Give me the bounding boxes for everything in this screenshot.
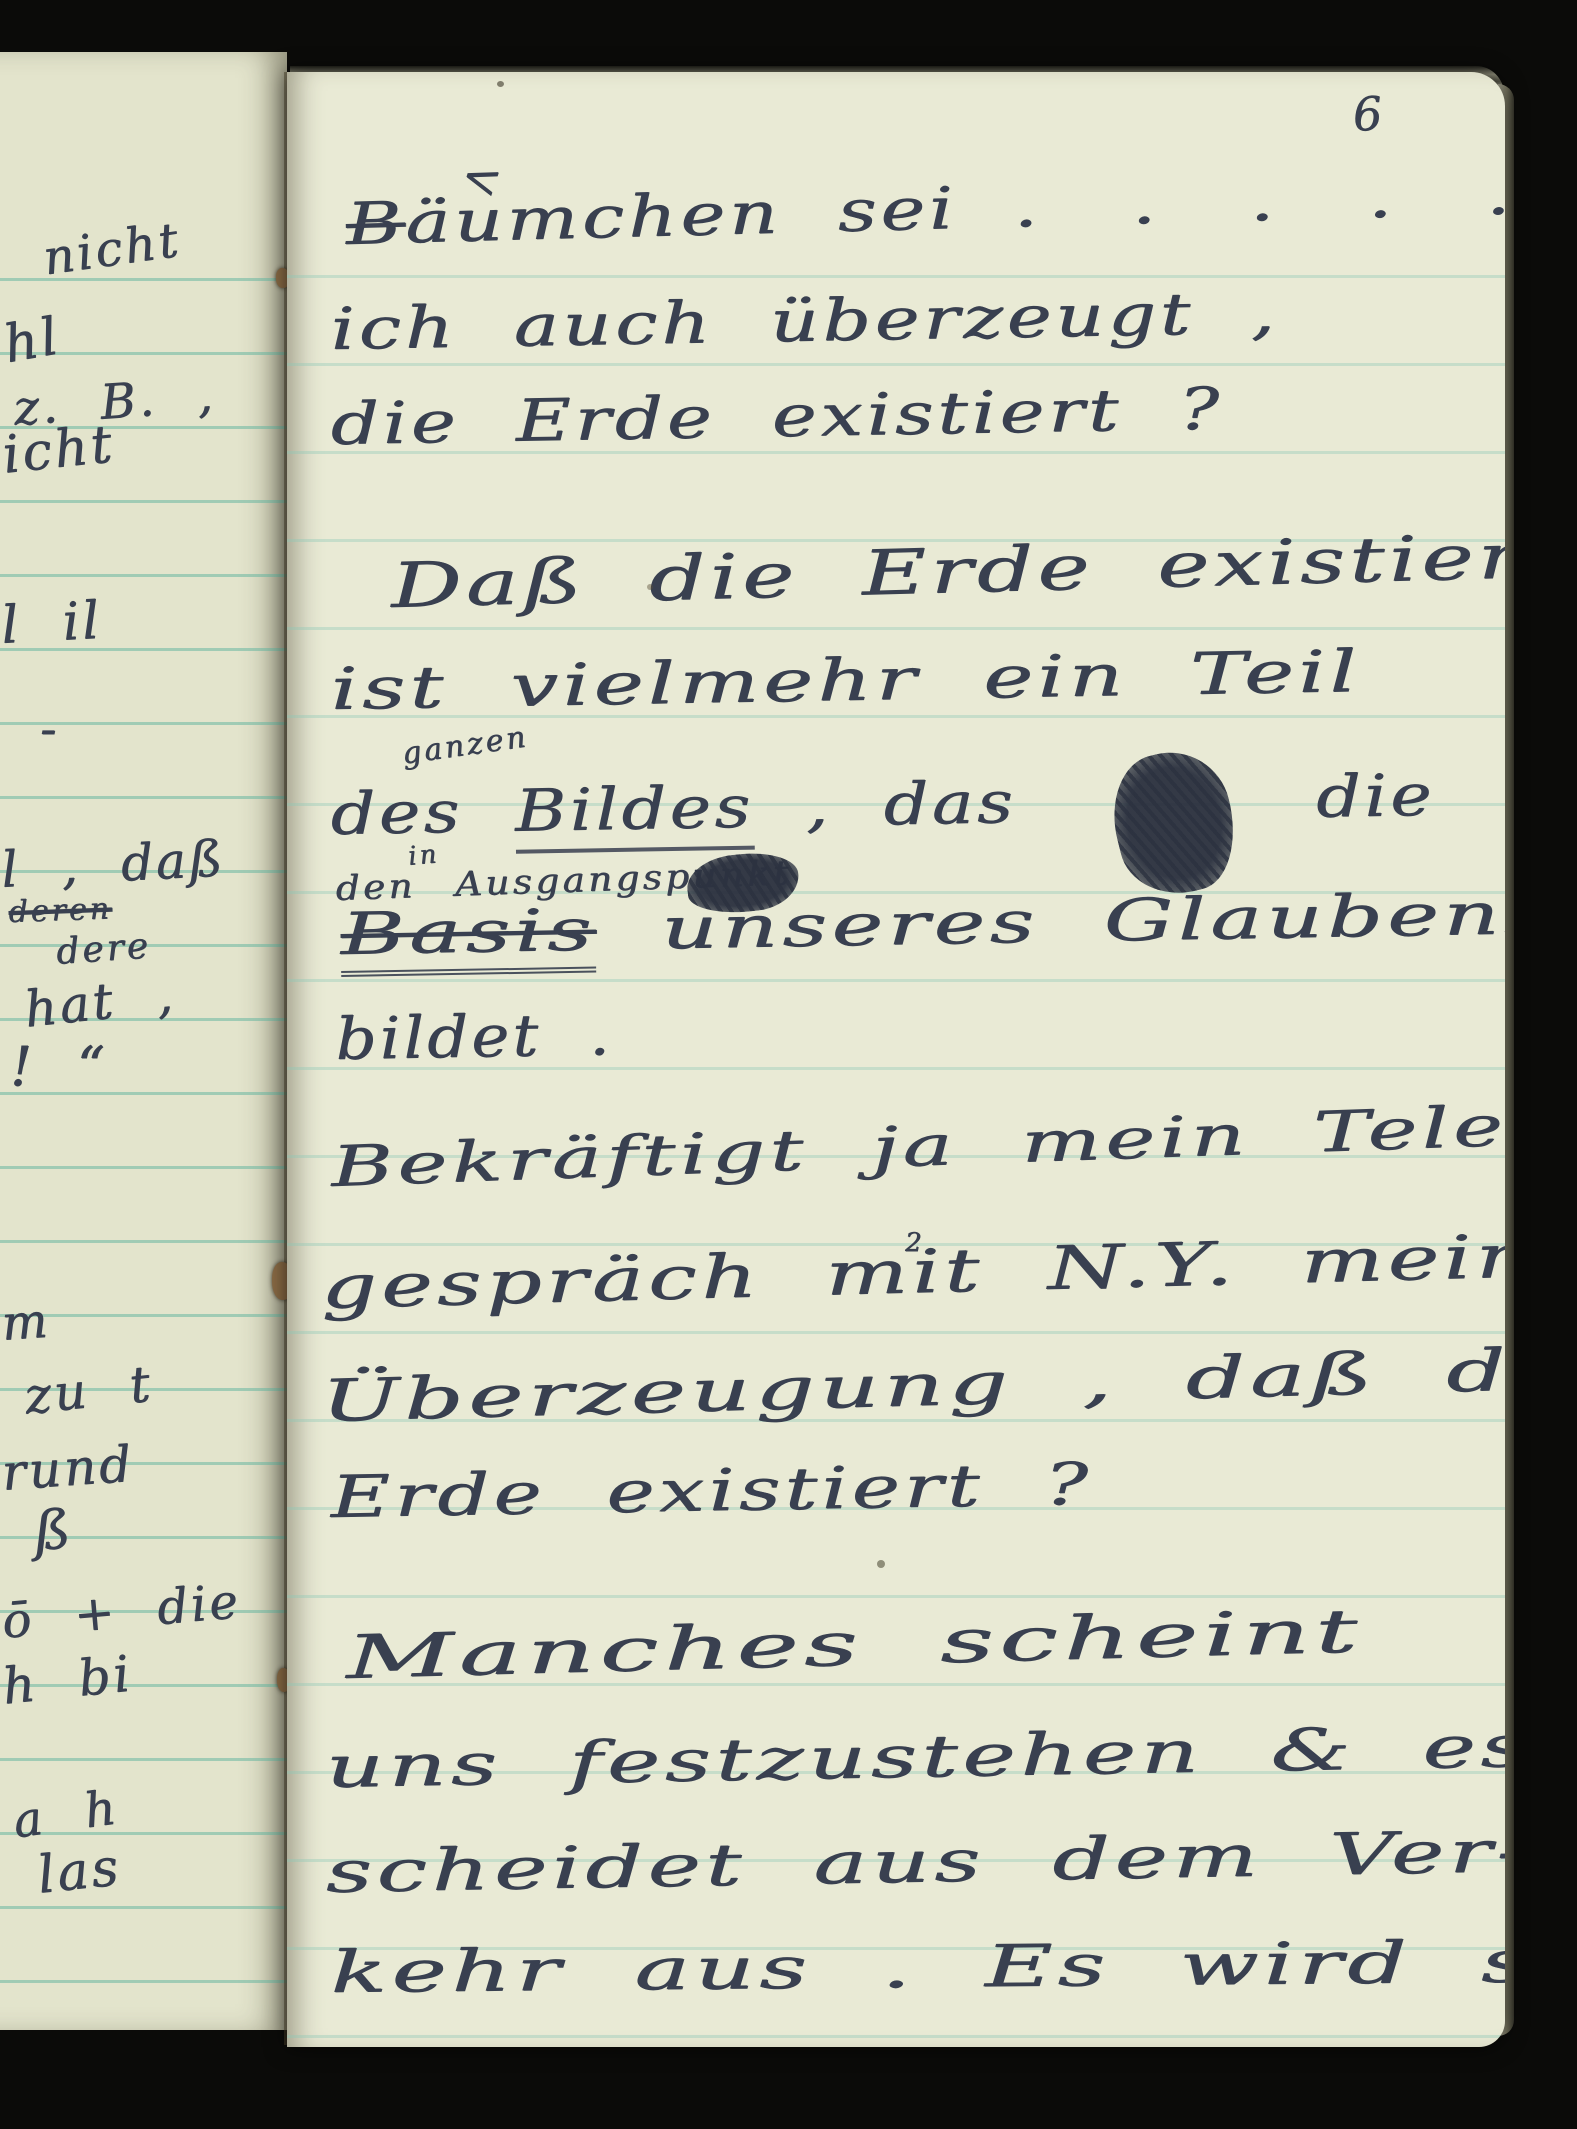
handwriting-segment: nicht <box>39 212 184 287</box>
handwriting-segment: die Erde existiert ? <box>330 374 1224 458</box>
handwritten-fragment: icht <box>0 418 117 481</box>
notebook-photo: nichthlz. B. ,ichtl il-l , daßderendereh… <box>0 0 1577 2129</box>
handwritten-line: Daß die Erde existiert <box>390 524 1505 617</box>
handwritten-line: des Bildes , dasdie <box>330 766 1435 843</box>
paper-speck <box>877 1560 885 1568</box>
handwritten-fragment: zu t <box>22 1359 155 1422</box>
handwriting-segment: ! “ <box>10 1035 107 1098</box>
handwritten-fragment: ! “ <box>10 1040 107 1094</box>
handwriting-segment: in <box>407 839 441 872</box>
left-page: nichthlz. B. ,ichtl il-l , daßderendereh… <box>0 52 287 2030</box>
handwriting-segment: kehr aus . Es wird soz <box>330 1927 1505 2006</box>
handwriting-segment: ist vielmehr ein Teil <box>330 637 1361 723</box>
handwritten-fragment: m <box>0 1297 52 1348</box>
handwriting-segment: bildet . <box>335 1000 613 1073</box>
handwriting-segment: l il <box>0 591 103 656</box>
handwriting-segment: . . . . . . <box>1012 156 1505 241</box>
handwriting-segment: ganzen <box>400 719 531 771</box>
handwritten-fragment: las <box>35 1841 123 1901</box>
insertion-in: in <box>407 841 440 870</box>
handwritten-fragment: hl <box>0 310 64 371</box>
handwritten-line: Überzeugung , daß die <box>320 1338 1505 1430</box>
handwriting-segment: dere <box>55 925 153 973</box>
handwritten-fragment: l , daß <box>0 833 226 895</box>
handwritten-line: Bäumchen sei . . . . . . Bin <box>345 156 1505 253</box>
insertion-order-2: 2 <box>905 1230 925 1256</box>
handwritten-line: Bekräftigt ja mein Telephon <box>330 1091 1505 1196</box>
handwriting-segment: Bildes <box>514 773 754 854</box>
handwritten-fragment: dere <box>55 928 152 971</box>
handwritten-fragment: l il <box>0 595 103 652</box>
handwriting-segment: Erde existiert ? <box>330 1450 1093 1531</box>
handwritten-fragment: rund <box>0 1439 135 1498</box>
handwriting-segment: scheidet aus dem Ver- <box>325 1817 1505 1906</box>
handwriting-segment: - <box>40 701 59 757</box>
handwritten-line: scheidet aus dem Ver- <box>325 1822 1505 1901</box>
handwriting-segment: Überzeugung , daß die <box>320 1333 1505 1435</box>
handwritten-line: Erde existiert ? <box>330 1455 1093 1526</box>
handwriting-segment: h bi <box>0 1644 135 1715</box>
handwriting-segment: die <box>1315 761 1435 831</box>
handwriting-segment: rund <box>0 1435 136 1502</box>
handwritten-fragment: deren <box>8 894 112 928</box>
handwriting-segment: hat , <box>22 965 178 1038</box>
handwriting-segment: icht <box>0 414 117 485</box>
handwriting-segment: Basis <box>340 896 597 977</box>
handwriting-segment: Bekräftigt ja mein Telephon <box>330 1086 1505 1200</box>
paper-speck <box>647 584 653 590</box>
handwriting-segment: 2 <box>905 1228 925 1258</box>
ink-scribble-large <box>1100 740 1249 906</box>
handwriting-segment: uns festzustehen & es <box>325 1712 1505 1801</box>
handwriting-segment: Daß die Erde existiert <box>390 518 1505 622</box>
handwritten-fragment: hat , <box>22 969 177 1035</box>
handwritten-line: ist vielmehr ein Teil <box>330 642 1361 718</box>
handwritten-line: uns festzustehen & es <box>325 1717 1505 1796</box>
handwriting-segment: ß <box>32 1497 75 1563</box>
handwritten-fragment: a h <box>10 1783 121 1845</box>
handwritten-fragment: - <box>40 705 59 753</box>
handwriting-segment: , das <box>753 768 1017 841</box>
insertion-ganzen: ganzen <box>400 722 530 769</box>
handwritten-line: bildet . <box>335 1005 613 1068</box>
handwritten-line: ich auch überzeugt , <box>330 283 1279 358</box>
handwritten-fragment: nicht <box>40 216 184 283</box>
right-page: 6 Bäumchen sei . . . . . . Binich auch ü… <box>287 72 1505 2047</box>
handwriting-segment: des <box>330 777 516 848</box>
handwriting-segment: hl <box>0 306 65 375</box>
handwriting-segment: deren <box>8 891 113 930</box>
handwriting-segment: m <box>0 1293 52 1352</box>
handwritten-fragment: ō + die <box>0 1577 242 1646</box>
right-page-writing: Bäumchen sei . . . . . . Binich auch übe… <box>287 72 1505 2047</box>
handwriting-segment: Manches scheint <box>345 1596 1363 1693</box>
handwritten-fragment: ß <box>32 1502 75 1559</box>
handwritten-fragment: h bi <box>0 1648 135 1711</box>
handwriting-segment: ō + die <box>0 1573 243 1650</box>
handwriting-segment: las <box>35 1837 124 1905</box>
left-page-writing: nichthlz. B. ,ichtl il-l , daßderendereh… <box>0 52 287 2030</box>
paper-speck <box>497 81 504 87</box>
handwriting-segment: ich auch überzeugt , <box>330 278 1279 363</box>
handwritten-line: Manches scheint <box>345 1601 1363 1688</box>
handwriting-segment: zu t <box>22 1355 156 1426</box>
handwritten-line: kehr aus . Es wird soz <box>330 1932 1505 2001</box>
handwritten-line: die Erde existiert ? <box>330 379 1223 453</box>
handwriting-segment: B <box>345 188 406 258</box>
handwriting-segment: l , daß <box>0 829 226 899</box>
